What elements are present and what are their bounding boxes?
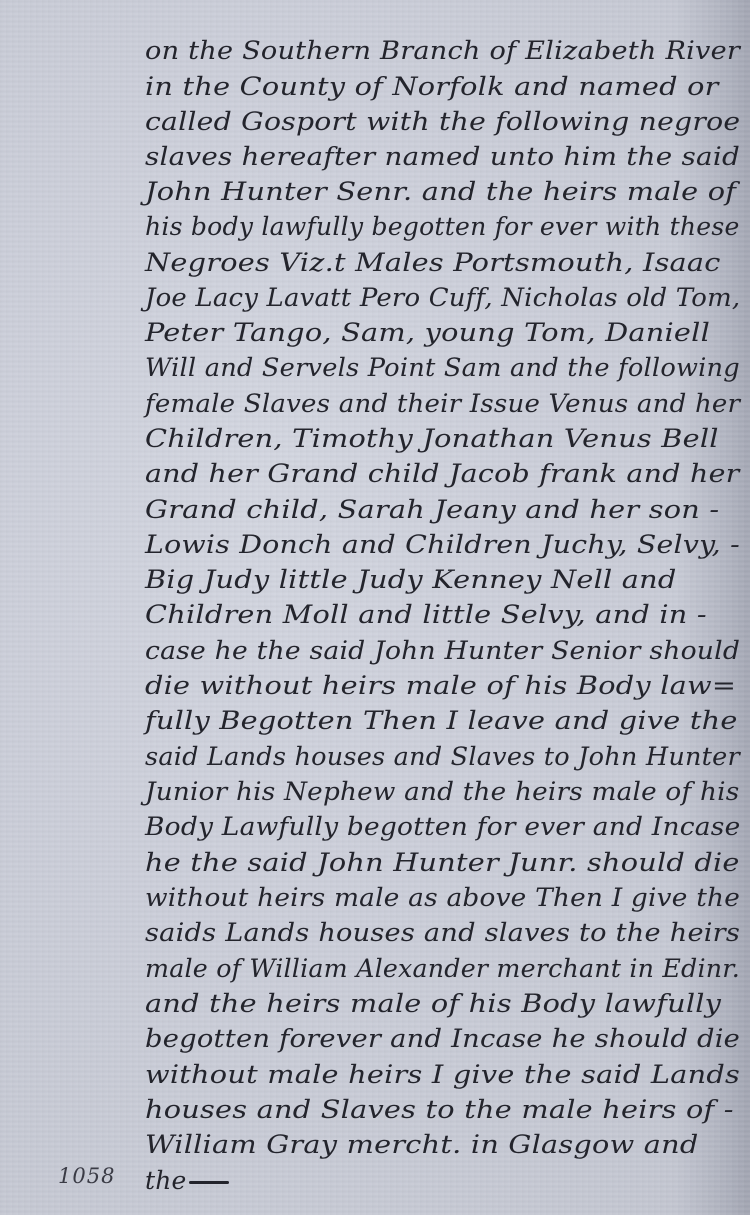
- text-line: and her Grand child Jacob frank and her: [145, 459, 740, 489]
- text-line: Children Moll and little Selvy, and in -: [145, 600, 707, 630]
- text-line: said Lands houses and Slaves to John Hun…: [145, 742, 740, 772]
- text-line: Junior his Nephew and the heirs male of …: [145, 777, 739, 807]
- text-line: without male heirs I give the said Lands: [145, 1060, 740, 1090]
- text-line: Negroes Viz.t Males Portsmouth, Isaac: [145, 248, 721, 278]
- page-number: 1058: [58, 1164, 115, 1188]
- text-line: Will and Servels Point Sam and the follo…: [145, 353, 740, 383]
- line-end-dash: [189, 1181, 229, 1184]
- text-line: in the County of Norfolk and named or: [145, 72, 719, 102]
- text-line: Children, Timothy Jonathan Venus Bell: [145, 424, 719, 454]
- text-line: Body Lawfully begotten for ever and Inca…: [145, 812, 740, 842]
- text-line: slaves hereafter named unto him the said: [145, 142, 740, 172]
- text-line: begotten forever and Incase he should di…: [145, 1024, 740, 1054]
- text-line: case he the said John Hunter Senior shou…: [145, 636, 740, 666]
- text-line: Lowis Donch and Children Juchy, Selvy, -: [145, 530, 740, 560]
- text-line: his body lawfully begotten for ever with…: [145, 212, 740, 242]
- text-line: Big Judy little Judy Kenney Nell and: [145, 565, 677, 595]
- text-line: saids Lands houses and slaves to the hei…: [145, 918, 740, 948]
- text-line: male of William Alexander merchant in Ed…: [145, 954, 740, 984]
- text-line: female Slaves and their Issue Venus and …: [145, 389, 740, 419]
- text-line: and the heirs male of his Body lawfully: [145, 989, 721, 1019]
- text-line: die without heirs male of his Body law=: [145, 671, 736, 701]
- text-line: on the Southern Branch of Elizabeth Rive…: [145, 36, 740, 66]
- text-line: without heirs male as above Then I give …: [145, 883, 740, 913]
- text-line: Joe Lacy Lavatt Pero Cuff, Nicholas old …: [145, 283, 740, 313]
- text-line: he the said John Hunter Junr. should die: [145, 848, 740, 878]
- manuscript-page: on the Southern Branch of Elizabeth Rive…: [0, 0, 750, 1215]
- text-line: William Gray mercht. in Glasgow and: [145, 1130, 699, 1160]
- text-line: Grand child, Sarah Jeany and her son -: [145, 495, 719, 525]
- text-line: houses and Slaves to the male heirs of -: [145, 1095, 734, 1125]
- text-line: John Hunter Senr. and the heirs male of: [145, 177, 736, 207]
- text-line: called Gosport with the following negroe: [145, 107, 740, 137]
- text-line: fully Begotten Then I leave and give the: [145, 706, 738, 736]
- last-word: the: [145, 1166, 187, 1195]
- text-line-last: the: [145, 1166, 229, 1196]
- text-line: Peter Tango, Sam, young Tom, Daniell: [145, 318, 710, 348]
